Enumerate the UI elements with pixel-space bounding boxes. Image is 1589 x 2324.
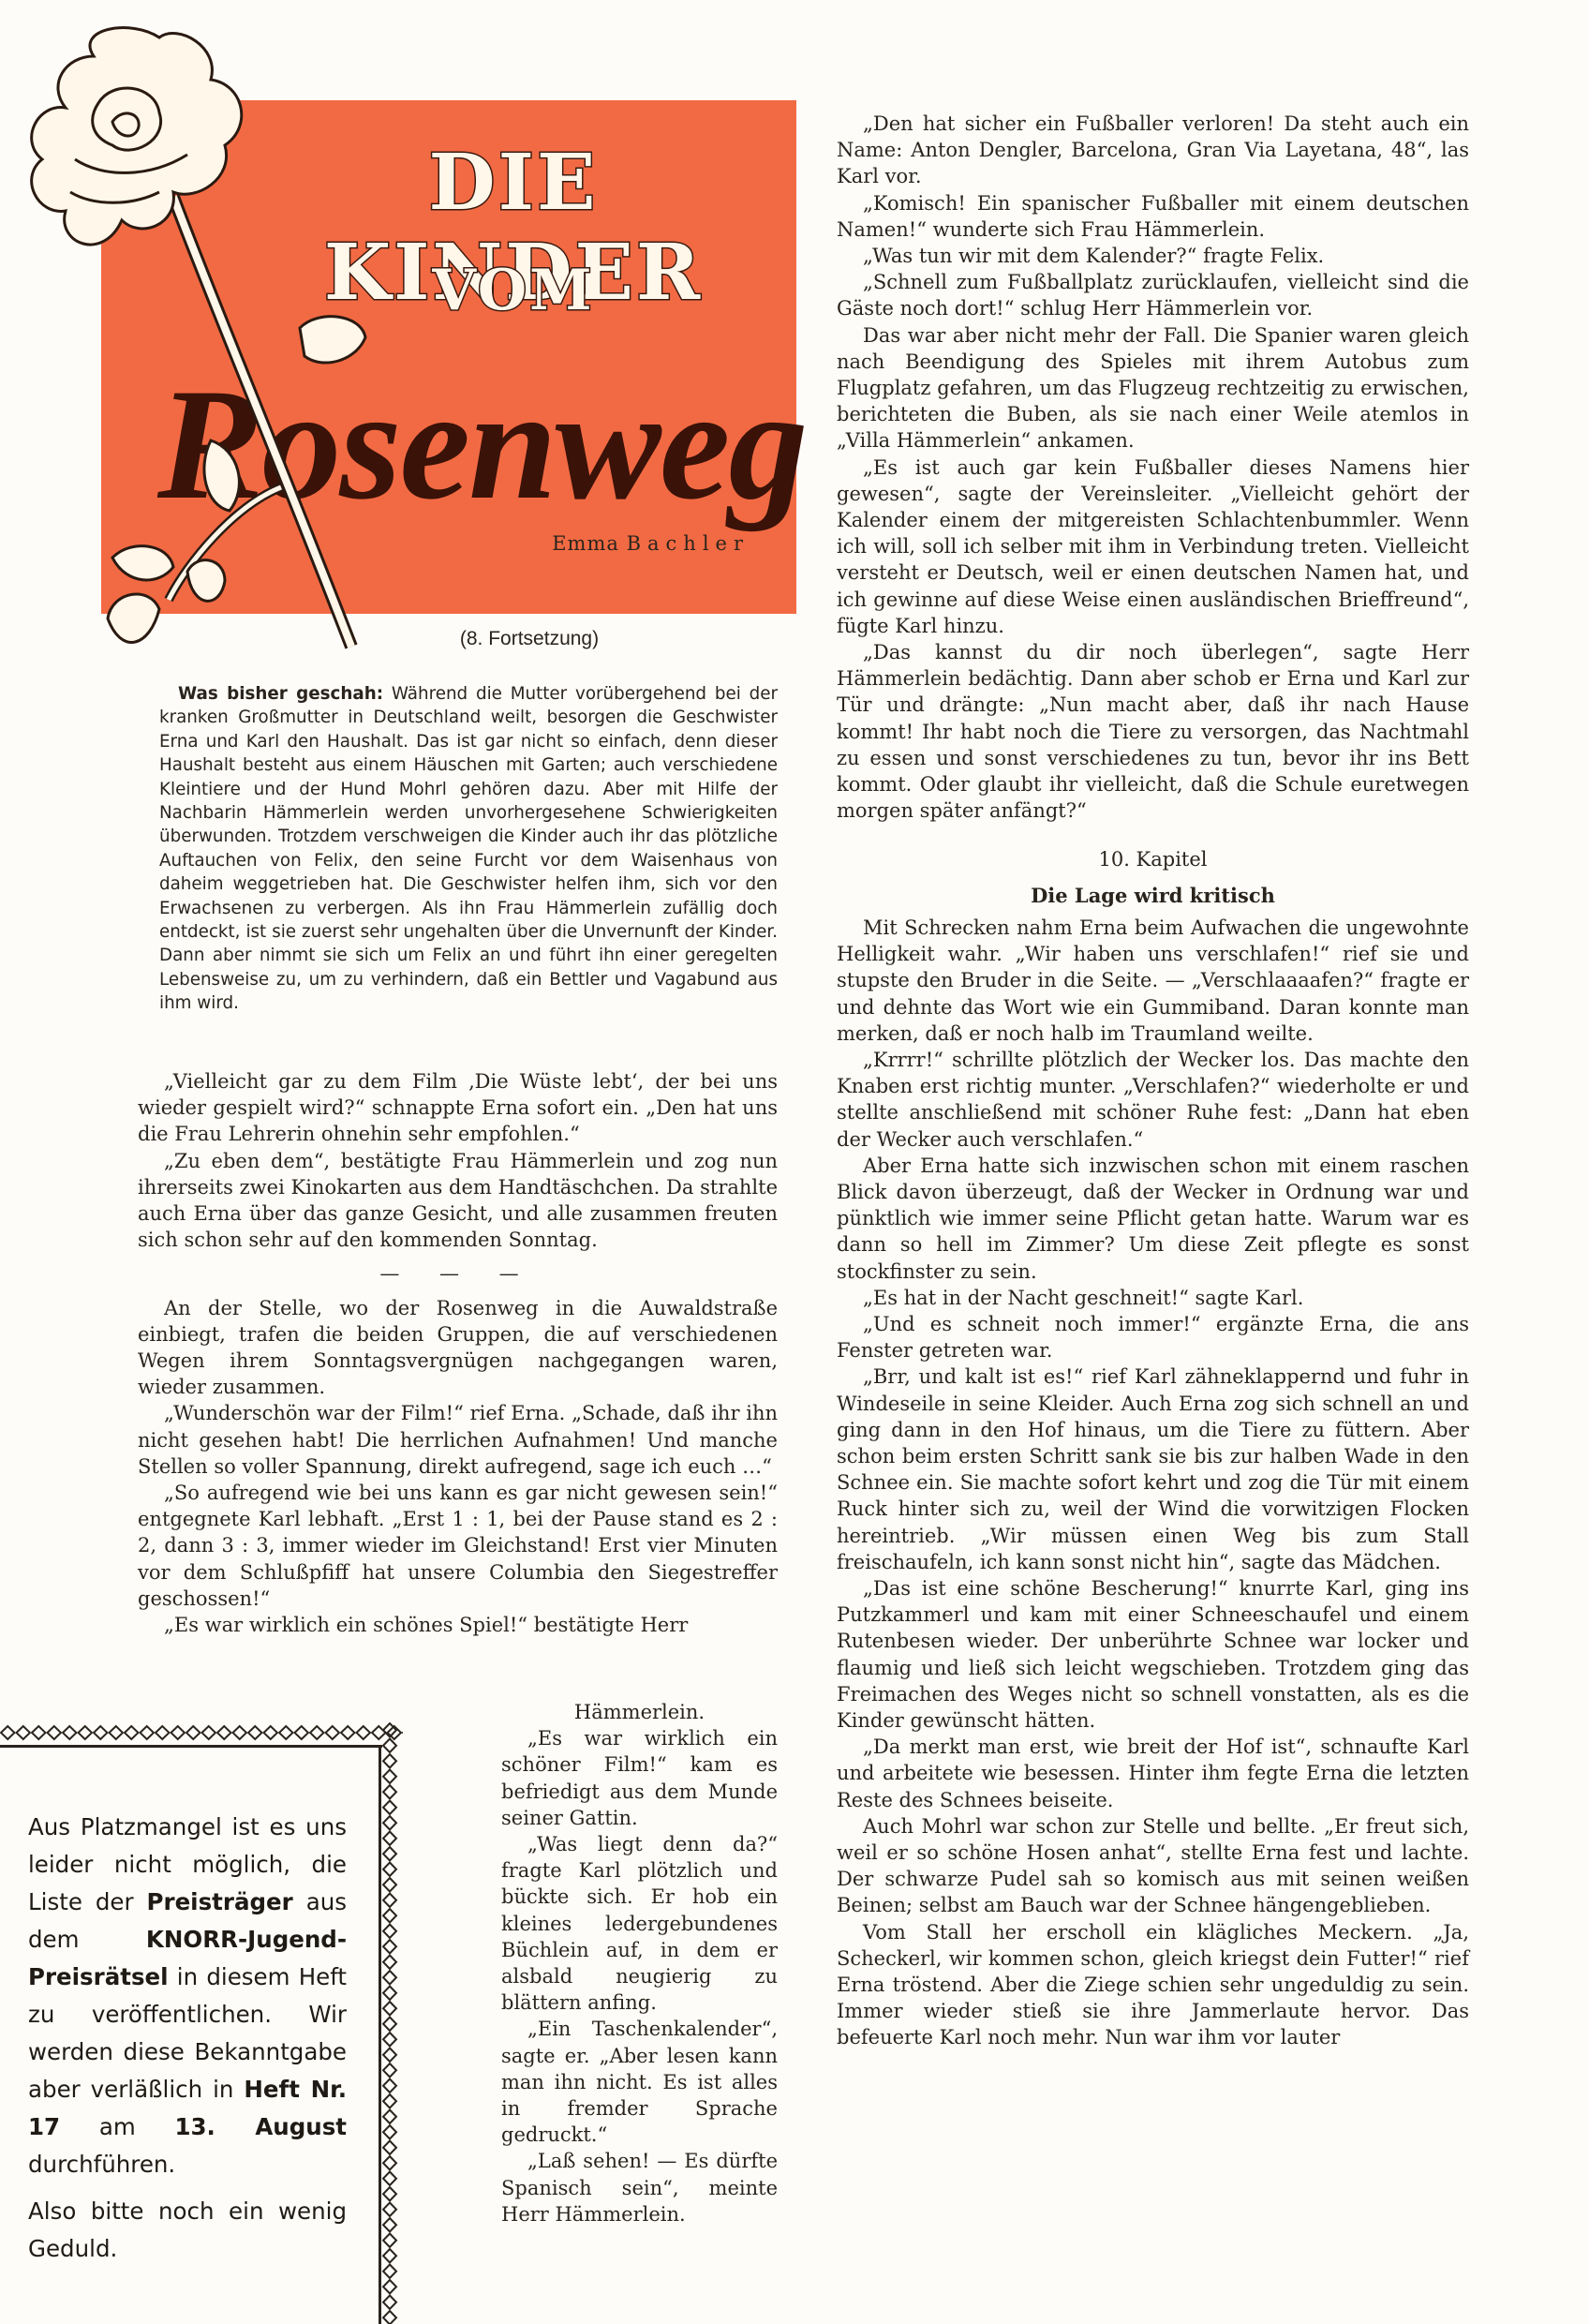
paragraph: Das war aber nicht mehr der Fall. Die Sp… <box>837 322 1469 454</box>
paragraph: „Wunderschön war der Film!“ rief Erna. „… <box>138 1400 778 1480</box>
paragraph: „Es ist auch gar kein Fußballer dieses N… <box>837 454 1469 639</box>
summary-lead: Was bisher geschah: <box>178 684 383 704</box>
paragraph: „So aufregend wie bei uns kann es gar ni… <box>138 1480 778 1612</box>
paragraph: „Das ist eine schöne Bescherung!“ knurrt… <box>837 1575 1469 1734</box>
paragraph: „Das kannst du dir noch überlegen“, sagt… <box>837 639 1469 824</box>
paragraph: Auch Mohrl war schon zur Stelle und bell… <box>837 1813 1469 1919</box>
paragraph: „Vielleicht gar zu dem Film ‚Die Wüste l… <box>138 1068 778 1148</box>
chapter-title: Die Lage wird kritisch <box>837 883 1469 909</box>
paragraph: „Komisch! Ein spanischer Fußballer mit e… <box>837 190 1469 243</box>
paragraph: „Schnell zum Fußballplatz zurücklaufen, … <box>837 269 1469 321</box>
paragraph: „Es war wirklich ein schönes Spiel!“ bes… <box>138 1612 778 1638</box>
paragraph: „Brr, und kalt ist es!“ rief Karl zähnek… <box>837 1363 1469 1575</box>
paragraph: „Den hat sicher ein Fußballer verloren! … <box>837 111 1469 190</box>
narrow-column: Hämmerlein. „Es war wirklich ein schöner… <box>501 1699 778 2227</box>
paragraph: „Und es schneit noch immer!“ ergänzte Er… <box>837 1311 1469 1363</box>
author-first-name: Emma <box>552 532 619 555</box>
notice-box: Aus Platzmangel ist es uns leider nicht … <box>28 1809 347 2277</box>
chapter-number: 10. Kapitel <box>837 846 1469 872</box>
paragraph: „Krrrr!“ schrillte plötzlich der Wecker … <box>837 1047 1469 1153</box>
paragraph: „Was tun wir mit dem Kalender?“ fragte F… <box>837 243 1469 269</box>
notice-text: durchführen. <box>28 2151 175 2178</box>
paragraph: „Es war wirklich ein schöner Film!“ kam … <box>501 1725 778 1831</box>
title-line-2: VOM <box>354 258 673 323</box>
paragraph: Vom Stall her erscholl ein klägliches Me… <box>837 1919 1469 2051</box>
diamond-border-top <box>0 1722 403 1743</box>
box-rule-right <box>379 1745 381 2324</box>
paragraph: „Ein Taschenkalender“, sagte er. „Aber l… <box>501 2016 778 2148</box>
title-line-3: Rosenweg <box>157 353 794 536</box>
notice-text: am <box>60 2113 174 2140</box>
right-column: „Den hat sicher ein Fußballer verloren! … <box>837 111 1469 2051</box>
box-rule-top <box>0 1745 382 1748</box>
paragraph: Mit Schrecken nahm Erna beim Aufwachen d… <box>837 915 1469 1047</box>
paragraph: „Zu eben dem“, bestätigte Frau Hämmerlei… <box>138 1148 778 1254</box>
author-last-name: Bachler <box>627 532 750 555</box>
paragraph: „Da merkt man erst, wie breit der Hof is… <box>837 1734 1469 1813</box>
summary-text: Während die Mutter vorübergehend bei der… <box>159 684 778 1013</box>
author-byline: Emma Bachler <box>525 532 750 555</box>
paragraph: Hämmerlein. <box>501 1699 778 1725</box>
continuation-label: (8. Fortsetzung) <box>309 628 750 650</box>
notice-emphasis: 13. August <box>174 2113 347 2140</box>
section-separator: — — — <box>138 1260 778 1287</box>
paragraph: „Laß sehen! — Es dürfte Spanisch sein“, … <box>501 2148 778 2227</box>
paragraph: An der Stelle, wo der Rosenweg in die Au… <box>138 1295 778 1401</box>
paragraph: „Was liegt denn da?“ fragte Karl plötzli… <box>501 1831 778 2016</box>
paragraph: „Es hat in der Nacht geschneit!“ sagte K… <box>837 1285 1469 1311</box>
notice-emphasis: Preisträger <box>147 1888 293 1915</box>
notice-closing: Also bitte noch ein wenig Geduld. <box>28 2193 347 2268</box>
diamond-border-right <box>379 1722 401 2324</box>
left-column: „Vielleicht gar zu dem Film ‚Die Wüste l… <box>138 1068 778 1638</box>
story-summary: Was bisher geschah: Während die Mutter v… <box>159 682 778 1016</box>
paragraph: Aber Erna hatte sich inzwischen schon mi… <box>837 1153 1469 1285</box>
